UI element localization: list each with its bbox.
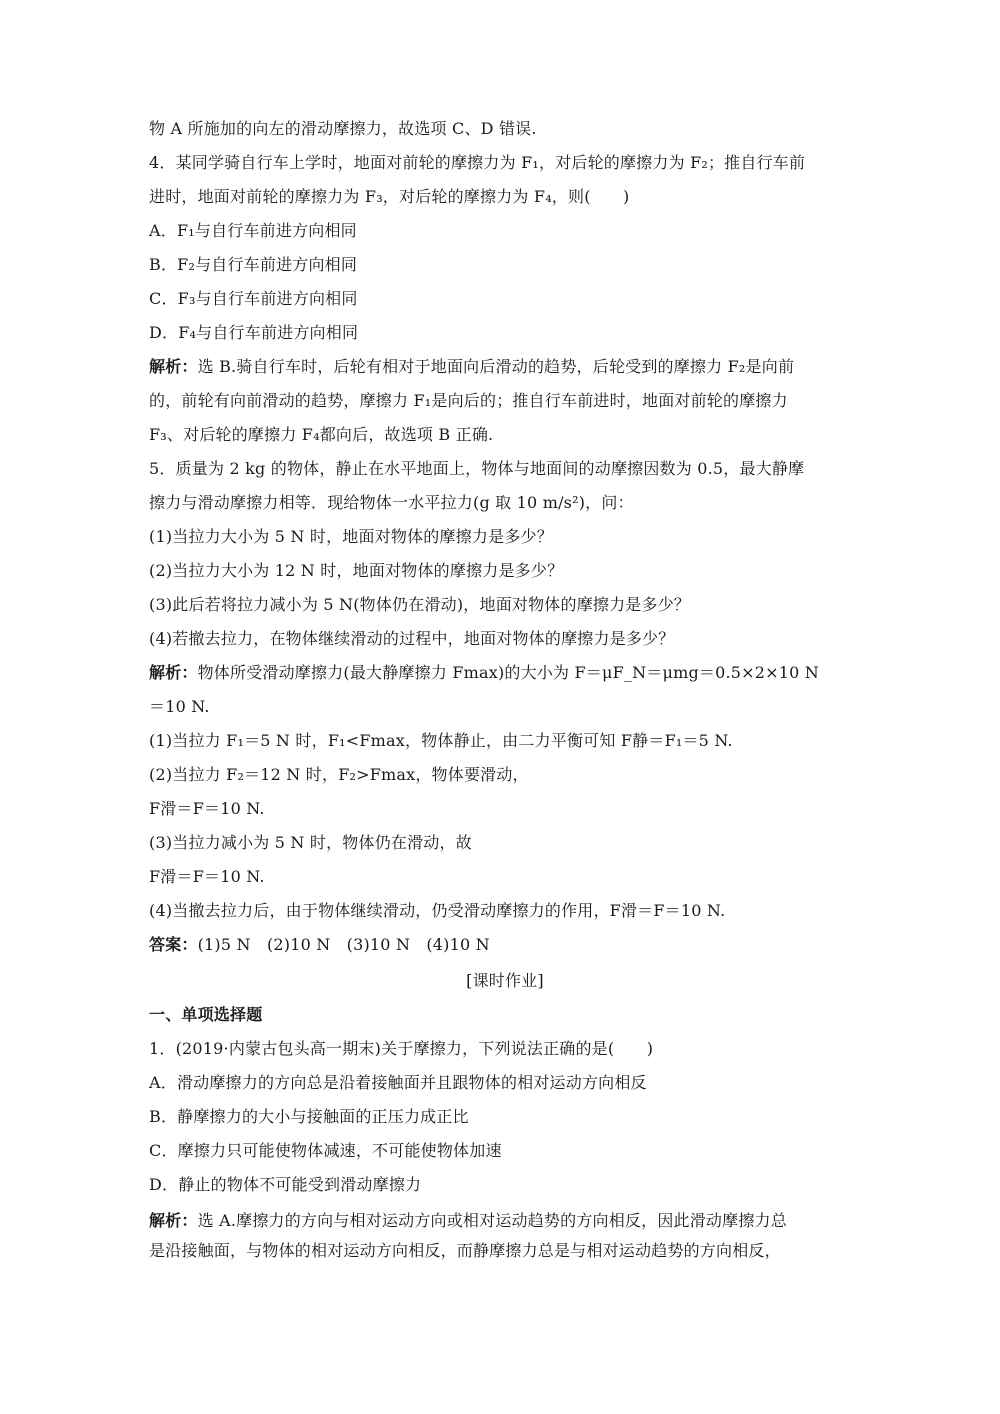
solution-2: (2)当拉力 F₂＝12 N 时，F₂>Fmax，物体要滑动，	[149, 764, 529, 786]
hw-option-b: B．静摩擦力的大小与接触面的正压力成正比	[149, 1106, 469, 1128]
question-5-stem: 5．质量为 2 kg 的物体，静止在水平地面上，物体与地面间的动摩擦因数为 0.…	[149, 458, 804, 480]
hw-option-d: D．静止的物体不可能受到滑动摩擦力	[149, 1174, 421, 1196]
sub-question-4: (4)若撤去拉力，在物体继续滑动的过程中，地面对物体的摩擦力是多少？	[149, 628, 674, 650]
section-title: [课时作业]	[149, 970, 861, 992]
analysis-4-cont: 的，前轮有向前滑动的趋势，摩擦力 F₁是向后的；推自行车前进时，地面对前轮的摩擦…	[149, 390, 788, 412]
hw-option-c: C．摩擦力只可能使物体减速，不可能使物体加速	[149, 1140, 502, 1162]
question-4-stem-cont: 进时，地面对前轮的摩擦力为 F₃，对后轮的摩擦力为 F₄，则( )	[149, 186, 630, 208]
option-b: B．F₂与自行车前进方向相同	[149, 254, 357, 276]
analysis-text: 选 B.骑自行车时，后轮有相对于地面向后滑动的趋势，后轮受到的摩擦力 F₂是向前	[198, 357, 795, 376]
solution-2-result: F滑＝F＝10 N.	[149, 798, 265, 820]
analysis-label: 解析：	[149, 663, 198, 682]
answer-label: 答案：	[149, 935, 198, 954]
answer-5: 答案：(1)5 N (2)10 N (3)10 N (4)10 N	[149, 934, 490, 956]
question-4-stem: 4．某同学骑自行车上学时，地面对前轮的摩擦力为 F₁，对后轮的摩擦力为 F₂；推…	[149, 152, 805, 174]
analysis-5-cont: ＝10 N.	[149, 696, 210, 718]
analysis-label: 解析：	[149, 357, 198, 376]
text-line: 物 A 所施加的向左的滑动摩擦力，故选项 C、D 错误.	[149, 118, 537, 140]
option-c: C．F₃与自行车前进方向相同	[149, 288, 358, 310]
solution-3-result: F滑＝F＝10 N.	[149, 866, 265, 888]
hw-option-a: A．滑动摩擦力的方向总是沿着接触面并且跟物体的相对运动方向相反	[149, 1072, 647, 1094]
option-d: D．F₄与自行车前进方向相同	[149, 322, 358, 344]
answer-text: (1)5 N (2)10 N (3)10 N (4)10 N	[198, 935, 490, 954]
analysis-text: 选 A.摩擦力的方向与相对运动方向或相对运动趋势的方向相反，因此滑动摩擦力总	[198, 1211, 787, 1230]
analysis-label: 解析：	[149, 1211, 198, 1230]
section-heading: 一、单项选择题	[149, 1004, 262, 1026]
sub-question-1: (1)当拉力大小为 5 N 时，地面对物体的摩擦力是多少？	[149, 526, 553, 548]
analysis-5: 解析：物体所受滑动摩擦力(最大静摩擦力 Fmax)的大小为 F＝μF_N＝μmg…	[149, 662, 819, 684]
hw-analysis-1: 解析：选 A.摩擦力的方向与相对运动方向或相对运动趋势的方向相反，因此滑动摩擦力…	[149, 1210, 787, 1232]
solution-3: (3)当拉力减小为 5 N 时，物体仍在滑动，故	[149, 832, 472, 854]
hw-analysis-1-cont: 是沿接触面，与物体的相对运动方向相反，而静摩擦力总是与相对运动趋势的方向相反，	[149, 1240, 781, 1262]
sub-question-2: (2)当拉力大小为 12 N 时，地面对物体的摩擦力是多少？	[149, 560, 563, 582]
analysis-4: 解析：选 B.骑自行车时，后轮有相对于地面向后滑动的趋势，后轮受到的摩擦力 F₂…	[149, 356, 794, 378]
analysis-4-cont: F₃、对后轮的摩擦力 F₄都向后，故选项 B 正确.	[149, 424, 493, 446]
analysis-text: 物体所受滑动摩擦力(最大静摩擦力 Fmax)的大小为 F＝μF_N＝μmg＝0.…	[198, 663, 819, 682]
solution-1: (1)当拉力 F₁＝5 N 时，F₁<Fmax，物体静止，由二力平衡可知 F静＝…	[149, 730, 733, 752]
question-5-stem-cont: 擦力与滑动摩擦力相等．现给物体一水平拉力(g 取 10 m/s²)，问：	[149, 492, 634, 514]
option-a: A．F₁与自行车前进方向相同	[149, 220, 357, 242]
homework-question-1: 1．(2019·内蒙古包头高一期末)关于摩擦力，下列说法正确的是( )	[149, 1038, 653, 1060]
sub-question-3: (3)此后若将拉力减小为 5 N(物体仍在滑动)，地面对物体的摩擦力是多少？	[149, 594, 690, 616]
solution-4: (4)当撤去拉力后，由于物体继续滑动，仍受滑动摩擦力的作用，F滑＝F＝10 N.	[149, 900, 725, 922]
